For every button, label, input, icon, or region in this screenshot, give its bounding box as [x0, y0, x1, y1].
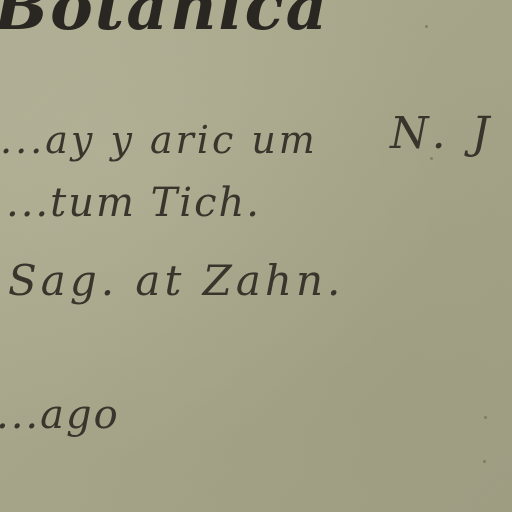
handwritten-line-1: ...ay y aric um — [0, 118, 318, 162]
paper-speck — [430, 157, 433, 160]
handwritten-line-2: ...tum Tich. — [6, 180, 261, 226]
paper-speck — [425, 25, 428, 28]
paper-speck — [484, 416, 487, 419]
handwritten-line-3: Sag. at Zahn. — [8, 256, 344, 305]
herbarium-label-photo: Botanica ...ay y aric um N. J ...tum Tic… — [0, 0, 512, 512]
handwritten-line-1-right: N. J — [390, 108, 495, 159]
printed-heading: Botanica — [0, 0, 329, 45]
paper-speck — [483, 460, 486, 463]
handwritten-line-4: ...ago — [0, 392, 120, 438]
